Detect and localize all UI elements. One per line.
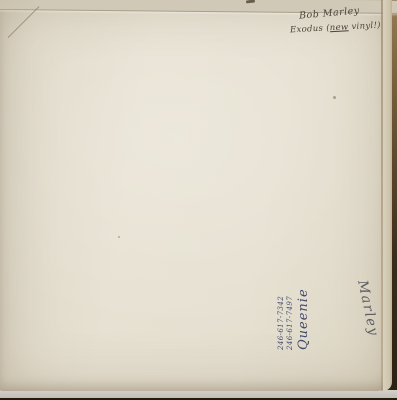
handwritten-title-suffix: vinyl!) [348, 21, 381, 33]
handwritten-blue-pen-note: 246-617-7342 246-617-7497 Queenie [277, 258, 319, 350]
handwritten-name: Queenie [296, 258, 311, 350]
blue-pen-note-rotated-block: 246-617-7342 246-617-7497 Queenie [277, 258, 319, 350]
top-left-corner-crease [0, 0, 39, 38]
handwritten-title-underlined-word: new [330, 22, 349, 33]
spine-label-text: Marley [350, 279, 385, 357]
handwritten-number-line-1: 246-617-7342 [277, 258, 286, 350]
record-sleeve: Bob Marley Exodus (new vinyl!) 246-617-7… [0, 0, 392, 391]
record-sleeve-photo: Bob Marley Exodus (new vinyl!) 246-617-7… [0, 0, 397, 400]
handwritten-album-title: Exodus (new vinyl!) [290, 21, 381, 36]
handwritten-spine-label: Marley [351, 280, 385, 356]
handwritten-number-line-2: 246-617-7497 [286, 258, 295, 350]
handwritten-title-prefix: Exodus ( [290, 23, 330, 35]
table-edge-strip [0, 390, 397, 398]
paper-blemish [118, 236, 120, 238]
paper-blemish [333, 96, 336, 99]
